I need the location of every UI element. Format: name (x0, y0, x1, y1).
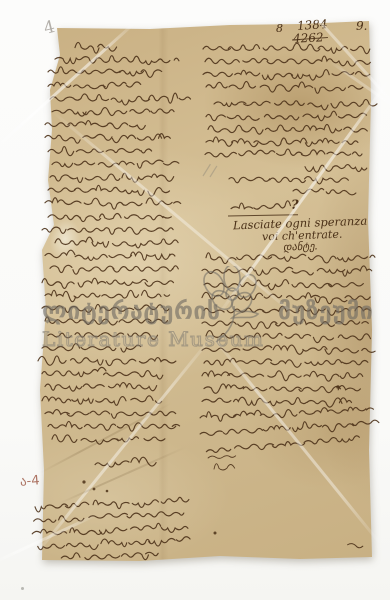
manuscript-photo: 8 1384 4262 9. 4 ა-4 ? Lasciate ogni spe… (0, 0, 390, 600)
bottom-left-pencil-mark: ა-4 (19, 473, 40, 490)
inventory-prefix-number: 8 (276, 22, 283, 35)
crossed-out-number: 4262 (293, 30, 324, 46)
paper-damage-patch (47, 216, 83, 262)
quote-attribution: დანტე. (283, 240, 318, 253)
page-number: 9. (356, 19, 367, 33)
backdrop-speck (21, 587, 24, 590)
watermark-flower-icon (192, 266, 272, 350)
